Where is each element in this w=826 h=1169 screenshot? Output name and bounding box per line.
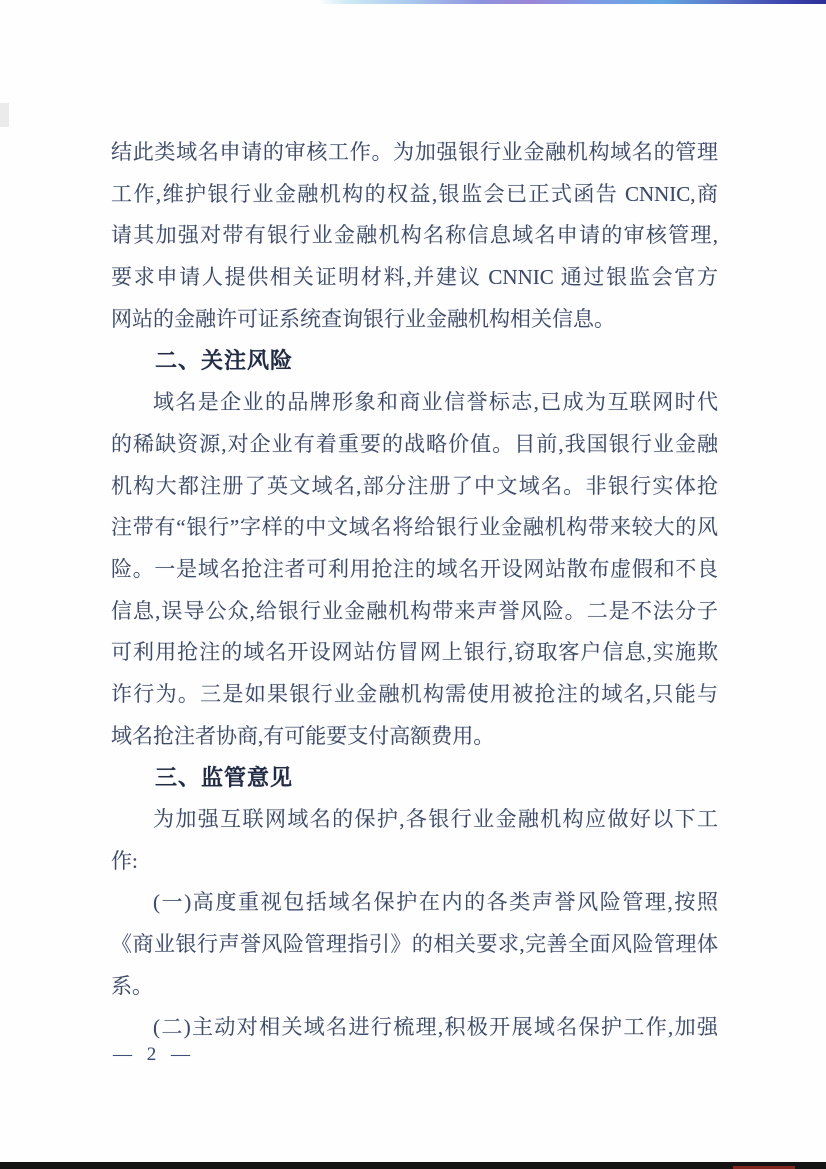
section-heading: 三、监管意见 [111, 757, 718, 799]
text-line: 的稀缺资源,对企业有着重要的战略价值。目前,我国银行业金融 [111, 424, 718, 466]
section-heading: 二、关注风险 [111, 340, 718, 382]
scan-edge-bottom-bar [0, 1162, 826, 1169]
scan-edge-top-strip [318, 0, 826, 4]
document-body: 结此类域名申请的审核工作。为加强银行业金融机构域名的管理工作,维护银行业金融机构… [111, 132, 718, 1049]
text-line: 为加强互联网域名的保护,各银行业金融机构应做好以下工 [111, 799, 718, 841]
scan-smudge [0, 103, 9, 127]
text-line: 要求申请人提供相关证明材料,并建议 CNNIC 通过银监会官方 [111, 257, 718, 299]
text-line: 作: [111, 841, 718, 883]
text-line: 机构大都注册了英文域名,部分注册了中文域名。非银行实体抢 [111, 466, 718, 508]
text-line: 工作,维护银行业金融机构的权益,银监会已正式函告 CNNIC,商 [111, 174, 718, 216]
text-line: 险。一是域名抢注者可利用抢注的域名开设网站散布虚假和不良 [111, 549, 718, 591]
text-line: 注带有“银行”字样的中文域名将给银行业金融机构带来较大的风 [111, 507, 718, 549]
text-line: (二)主动对相关域名进行梳理,积极开展域名保护工作,加强 [111, 1007, 718, 1049]
text-line: 结此类域名申请的审核工作。为加强银行业金融机构域名的管理 [111, 132, 718, 174]
text-line: 可利用抢注的域名开设网站仿冒网上银行,窃取客户信息,实施欺 [111, 632, 718, 674]
text-line: 《商业银行声誉风险管理指引》的相关要求,完善全面风险管理体 [111, 924, 718, 966]
text-line: 信息,误导公众,给银行业金融机构带来声誉风险。二是不法分子 [111, 591, 718, 633]
text-line: 诈行为。三是如果银行业金融机构需使用被抢注的域名,只能与 [111, 674, 718, 716]
text-line: (一)高度重视包括域名保护在内的各类声誉风险管理,按照 [111, 882, 718, 924]
page-number: — 2 — [113, 1044, 195, 1066]
document-page: 结此类域名申请的审核工作。为加强银行业金融机构域名的管理工作,维护银行业金融机构… [0, 0, 826, 1169]
text-line: 网站的金融许可证系统查询银行业金融机构相关信息。 [111, 299, 718, 341]
text-line: 域名是企业的品牌形象和商业信誉标志,已成为互联网时代 [111, 382, 718, 424]
text-line: 系。 [111, 966, 718, 1008]
text-line: 域名抢注者协商,有可能要支付高额费用。 [111, 716, 718, 758]
text-line: 请其加强对带有银行业金融机构名称信息域名申请的审核管理, [111, 215, 718, 257]
